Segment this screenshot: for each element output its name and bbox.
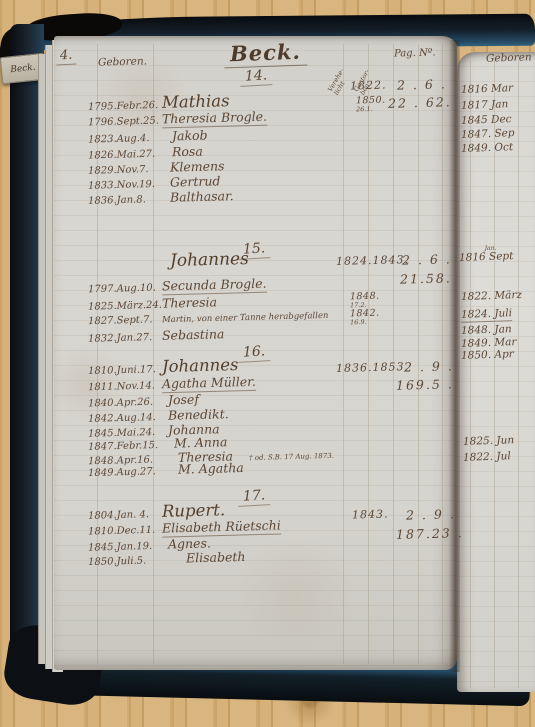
person-name: Secunda Brogle. bbox=[162, 276, 267, 296]
entry-number: 16. bbox=[238, 343, 271, 363]
birth-date: 1796.Sept.25. bbox=[88, 115, 162, 128]
person-name: Gertrud bbox=[170, 173, 221, 189]
birth-date: 1825.März.24. bbox=[88, 300, 162, 313]
page-fold-shadow bbox=[449, 40, 460, 672]
death-year: 1850. 26.1. bbox=[356, 96, 386, 114]
facing-date-fragment: 1849. Oct bbox=[461, 141, 513, 155]
birth-date: 1832.Jan.27. bbox=[88, 332, 162, 345]
birth-date: 1827.Sept.7. bbox=[88, 314, 162, 327]
page-ref: 2 . 6 . bbox=[397, 76, 447, 92]
facing-date-fragment: 1825. Jun bbox=[463, 434, 515, 448]
death-day-month: 26.1. bbox=[356, 106, 386, 114]
ruled-column-line bbox=[494, 60, 495, 688]
entry-number: 17. bbox=[238, 487, 271, 507]
facing-date-fragment: 1824. Juli bbox=[461, 307, 513, 323]
column-header-pag-no: Pag. Nº. bbox=[394, 47, 436, 59]
page-ref: 22 . 62. bbox=[388, 94, 452, 111]
death-day-month: 16.9. bbox=[350, 319, 380, 327]
page-ref: 2 . 9 . bbox=[406, 506, 456, 522]
birth-date: 1811.Nov.14. bbox=[88, 380, 162, 393]
ruled-column-line bbox=[368, 44, 369, 664]
marriage-year: 1843. bbox=[352, 508, 389, 522]
page-ref: 2 . 9 . bbox=[404, 358, 454, 374]
person-name: Theresia Brogle. bbox=[162, 109, 267, 129]
ruled-column-line bbox=[343, 44, 344, 664]
birth-date: 1836.Jan.8. bbox=[88, 194, 162, 207]
death-year: 1842. 16.9. bbox=[350, 309, 380, 327]
birth-date: 1810.Juni.17. bbox=[88, 364, 162, 377]
superscript-correction: Jan. bbox=[485, 245, 497, 252]
facing-date-fragment: 1822. Jul bbox=[463, 450, 511, 464]
facing-date-fragment: 1822. März bbox=[461, 289, 522, 303]
family-name-title: Beck. bbox=[224, 39, 308, 69]
person-name: Theresia bbox=[162, 294, 217, 310]
person-name: Rupert. bbox=[162, 500, 226, 521]
facing-date-fragment: Jan. 1816 Sept bbox=[459, 250, 514, 264]
facing-column-header: Geboren bbox=[486, 51, 532, 65]
ruled-column-line bbox=[442, 44, 443, 664]
marriage-year: 1822. bbox=[350, 79, 387, 93]
death-year: 1848. 17.2. bbox=[350, 292, 380, 310]
entry-number: 14. bbox=[240, 67, 273, 87]
person-name: Rosa bbox=[172, 143, 203, 159]
person-name: Agatha Müller. bbox=[162, 374, 256, 393]
folio-number: 4. bbox=[56, 47, 77, 65]
person-name: Balthasar. bbox=[170, 188, 234, 205]
person-name: Jakob bbox=[172, 127, 208, 143]
facing-date-fragment: 1817 Jan bbox=[461, 98, 509, 112]
column-header-geboren: Geboren. bbox=[98, 55, 147, 68]
ruled-column-line bbox=[418, 44, 419, 664]
index-tab-label: Beck. bbox=[10, 62, 36, 75]
ruled-column-line bbox=[518, 60, 519, 688]
facing-date-fragment: 1850. Apr bbox=[461, 348, 514, 362]
person-name: Elisabeth Rüetschi bbox=[162, 517, 281, 537]
birth-date: 1797.Aug.10. bbox=[88, 282, 162, 295]
facing-date-fragment: 1847. Sep bbox=[461, 127, 515, 141]
page-ref: 169.5 . bbox=[396, 376, 454, 393]
birth-date: 1850.Juli.5. bbox=[88, 555, 162, 568]
birth-date: 1823.Aug.4. bbox=[88, 133, 162, 146]
family-name-text: Beck. bbox=[230, 39, 302, 66]
facing-date-fragment: 1816 Mar bbox=[461, 82, 513, 96]
facing-date-text: 1816 Sept bbox=[459, 250, 514, 264]
page-ref: 21.58. bbox=[400, 270, 452, 286]
page-ref: 187.23 . bbox=[396, 525, 464, 542]
marginal-note: † od. S.B. 17 Aug. 1873. bbox=[249, 452, 334, 462]
photo-of-register-book: Beck. 4. Geboren. Beck. Verehe- licht Ge… bbox=[0, 0, 535, 727]
person-name: Klemens bbox=[170, 158, 225, 174]
birth-date: 1810.Dec.11. bbox=[88, 525, 162, 538]
marriage-years: 1836.1853. bbox=[336, 360, 409, 375]
marriage-years: 1824.1843. bbox=[336, 253, 409, 268]
person-name: Johannes bbox=[170, 249, 249, 271]
person-name: Mathias bbox=[162, 91, 230, 112]
facing-date-fragment: 1848. Jan bbox=[461, 323, 512, 337]
person-name: Johannes bbox=[162, 355, 239, 376]
person-name: Sebastina bbox=[162, 326, 225, 343]
facing-date-fragment: 1845 Dec bbox=[461, 113, 512, 127]
person-name: M. Agatha bbox=[178, 460, 244, 477]
person-name: Josef bbox=[168, 392, 199, 408]
ruled-column-line bbox=[393, 44, 394, 664]
page-ref: 2 . 6 . bbox=[402, 251, 452, 267]
person-name: Elisabeth bbox=[186, 549, 246, 566]
birth-date: 1849.Aug.27. bbox=[88, 466, 162, 479]
